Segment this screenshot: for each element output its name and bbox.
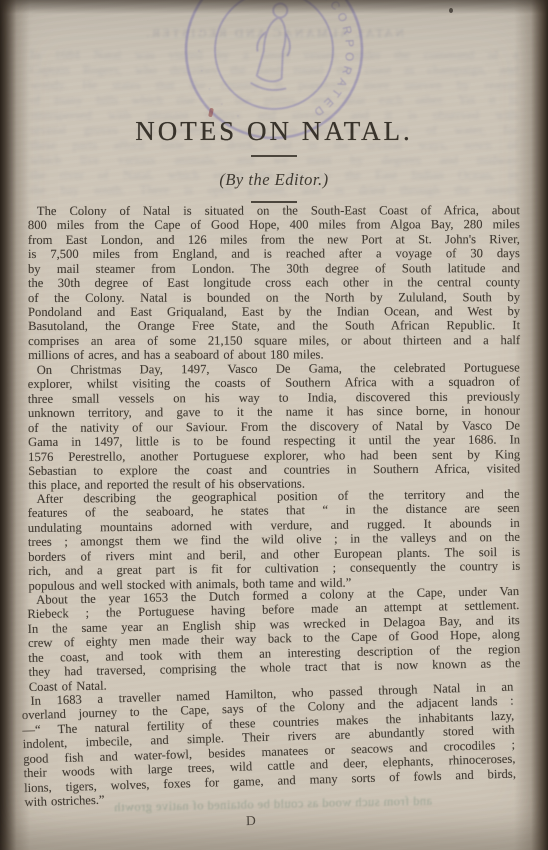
svg-text:INCORPORATED: INCORPORATED bbox=[293, 0, 366, 125]
paragraph: In 1683 a traveller named Hamilton, who … bbox=[21, 680, 516, 810]
text-line: 800 miles from the Cape of Good Hope, 40… bbox=[28, 218, 520, 233]
text-line: The Colony of Natal is situated on the S… bbox=[28, 203, 520, 218]
paragraph: About the year 1653 the Dutch formed a c… bbox=[27, 584, 521, 694]
stamp-figure bbox=[250, 1, 299, 93]
text-line: of the Colony. Natal is bounded on the N… bbox=[28, 290, 520, 305]
body-text: The Colony of Natal is situated on the S… bbox=[28, 204, 520, 810]
signature-mark: D bbox=[246, 813, 256, 829]
paper-speck bbox=[449, 8, 453, 13]
text-line: Pondoland and East Griqualand, East by t… bbox=[28, 304, 520, 319]
page-title: NOTES ON NATAL. bbox=[0, 116, 548, 147]
text-line: is 7,500 miles from England, and is reac… bbox=[28, 246, 520, 261]
stamp-text: INCORPORATED bbox=[293, 0, 366, 125]
text-line: by mail steamer from London. The 30th de… bbox=[28, 261, 520, 276]
text-line: comprises an area of some 21,150 square … bbox=[28, 333, 520, 348]
text-line: Sebastian to explore the coast and count… bbox=[28, 461, 520, 478]
paragraph: On Christmas Day, 1497, Vasco De Gama, t… bbox=[28, 360, 521, 492]
text-line: Basutoland, the Orange Free State, and t… bbox=[28, 319, 520, 334]
title-rule bbox=[251, 155, 297, 157]
text-line: from East London, and 126 miles from the… bbox=[28, 232, 520, 247]
text-line: unknown territory, and gave to it the na… bbox=[28, 403, 520, 420]
text-line: the 30th degree of East longitude cross … bbox=[28, 275, 520, 290]
page-header: NOTES ON NATAL. (By the Editor.) bbox=[0, 116, 548, 203]
text-line: Gama in 1497, little is to be found resp… bbox=[28, 432, 520, 449]
paragraph: After describing the geographical positi… bbox=[27, 487, 520, 593]
book-page: NATAL ALMANAC AND REGISTER. In 1684 Nata… bbox=[0, 0, 548, 850]
byline: (By the Editor.) bbox=[0, 170, 548, 190]
paragraph: The Colony of Natal is situated on the S… bbox=[28, 203, 520, 362]
